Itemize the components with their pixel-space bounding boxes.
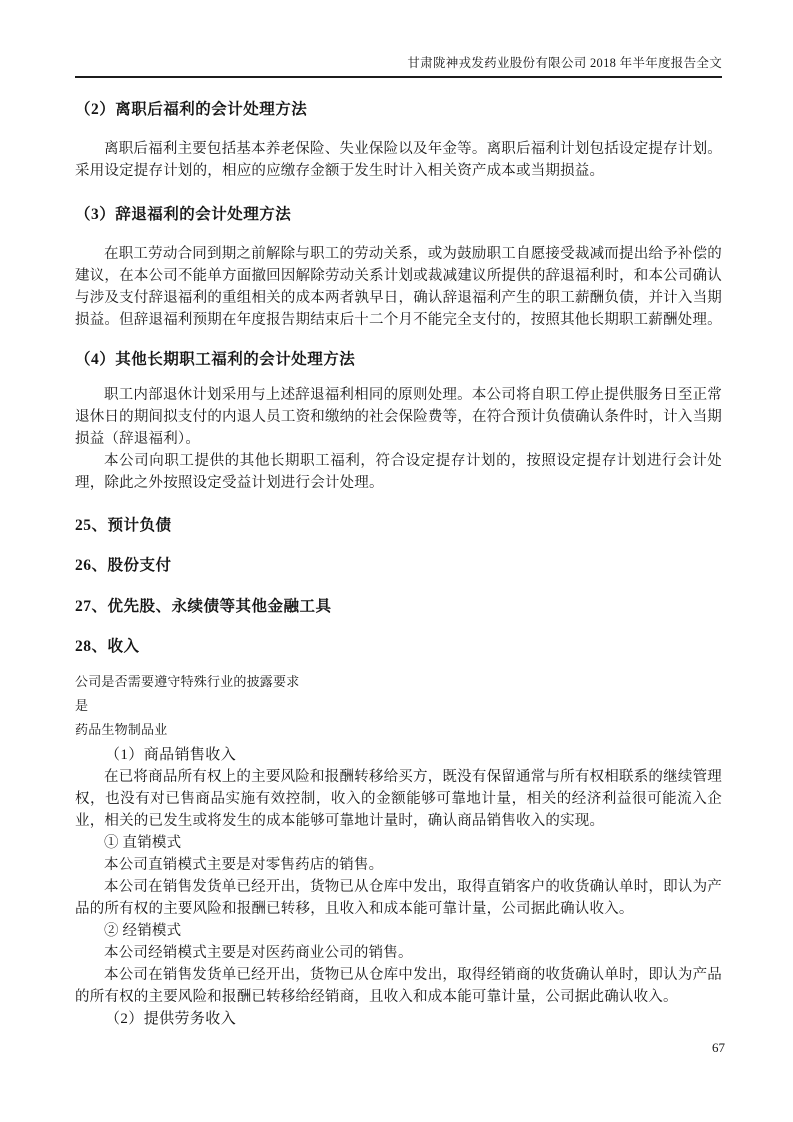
paragraph-distribution-sales-2: 本公司在销售发货单已经开出，货物已从仓库中发出，取得经销商的收货确认单时，即认为… bbox=[75, 964, 722, 1008]
paragraph-other-longterm-benefits-2: 本公司向职工提供的其他长期职工福利，符合设定提存计划的，按照设定提存计划进行会计… bbox=[75, 450, 722, 494]
section-heading-other-longterm-benefits: （4）其他长期职工福利的会计处理方法 bbox=[75, 349, 722, 371]
paragraph-post-employment-benefits: 离职后福利主要包括基本养老保险、失业保险以及年金等。离职后福利计划包括设定提存计… bbox=[75, 138, 722, 182]
note-special-industry-disclosure-answer: 是 bbox=[75, 694, 722, 718]
section-heading-28-revenue: 28、收入 bbox=[75, 636, 722, 658]
item-direct-sales-title: ① 直销模式 bbox=[75, 832, 722, 854]
section-heading-termination-benefits: （3）辞退福利的会计处理方法 bbox=[75, 204, 722, 226]
paragraph-direct-sales-2: 本公司在销售发货单已经开出，货物已从仓库中发出，取得直销客户的收货确认单时，即认… bbox=[75, 876, 722, 920]
paragraph-direct-sales-1: 本公司直销模式主要是对零售药店的销售。 bbox=[75, 854, 722, 876]
report-header-title: 甘肃陇神戎发药业股份有限公司 2018 年半年度报告全文 bbox=[75, 56, 722, 78]
section-heading-25-estimated-liabilities: 25、预计负债 bbox=[75, 515, 722, 537]
paragraph-other-longterm-benefits-1: 职工内部退休计划采用与上述辞退福利相同的原则处理。本公司将自职工停止提供服务日至… bbox=[75, 384, 722, 450]
section-heading-27-preferred-shares: 27、优先股、永续债等其他金融工具 bbox=[75, 596, 722, 618]
page-number: 67 bbox=[712, 1040, 725, 1055]
note-special-industry-disclosure-question: 公司是否需要遵守特殊行业的披露要求 bbox=[75, 670, 722, 694]
paragraph-termination-benefits: 在职工劳动合同到期之前解除与职工的劳动关系，或为鼓励职工自愿接受裁减而提出给予补… bbox=[75, 243, 722, 331]
paragraph-distribution-sales-1: 本公司经销模式主要是对医药商业公司的销售。 bbox=[75, 942, 722, 964]
paragraph-goods-sales-recognition: 在已将商品所有权上的主要风险和报酬转移给买方，既没有保留通常与所有权相联系的继续… bbox=[75, 766, 722, 832]
note-industry-name: 药品生物制品业 bbox=[75, 718, 722, 742]
subsection-service-revenue: （2）提供劳务收入 bbox=[75, 1008, 722, 1030]
item-distribution-sales-title: ② 经销模式 bbox=[75, 920, 722, 942]
section-heading-26-share-payment: 26、股份支付 bbox=[75, 555, 722, 577]
subsection-goods-sales-revenue: （1）商品销售收入 bbox=[75, 744, 722, 766]
section-heading-post-employment-benefits: （2）离职后福利的会计处理方法 bbox=[75, 99, 722, 121]
report-page: 甘肃陇神戎发药业股份有限公司 2018 年半年度报告全文 （2）离职后福利的会计… bbox=[0, 0, 793, 1122]
